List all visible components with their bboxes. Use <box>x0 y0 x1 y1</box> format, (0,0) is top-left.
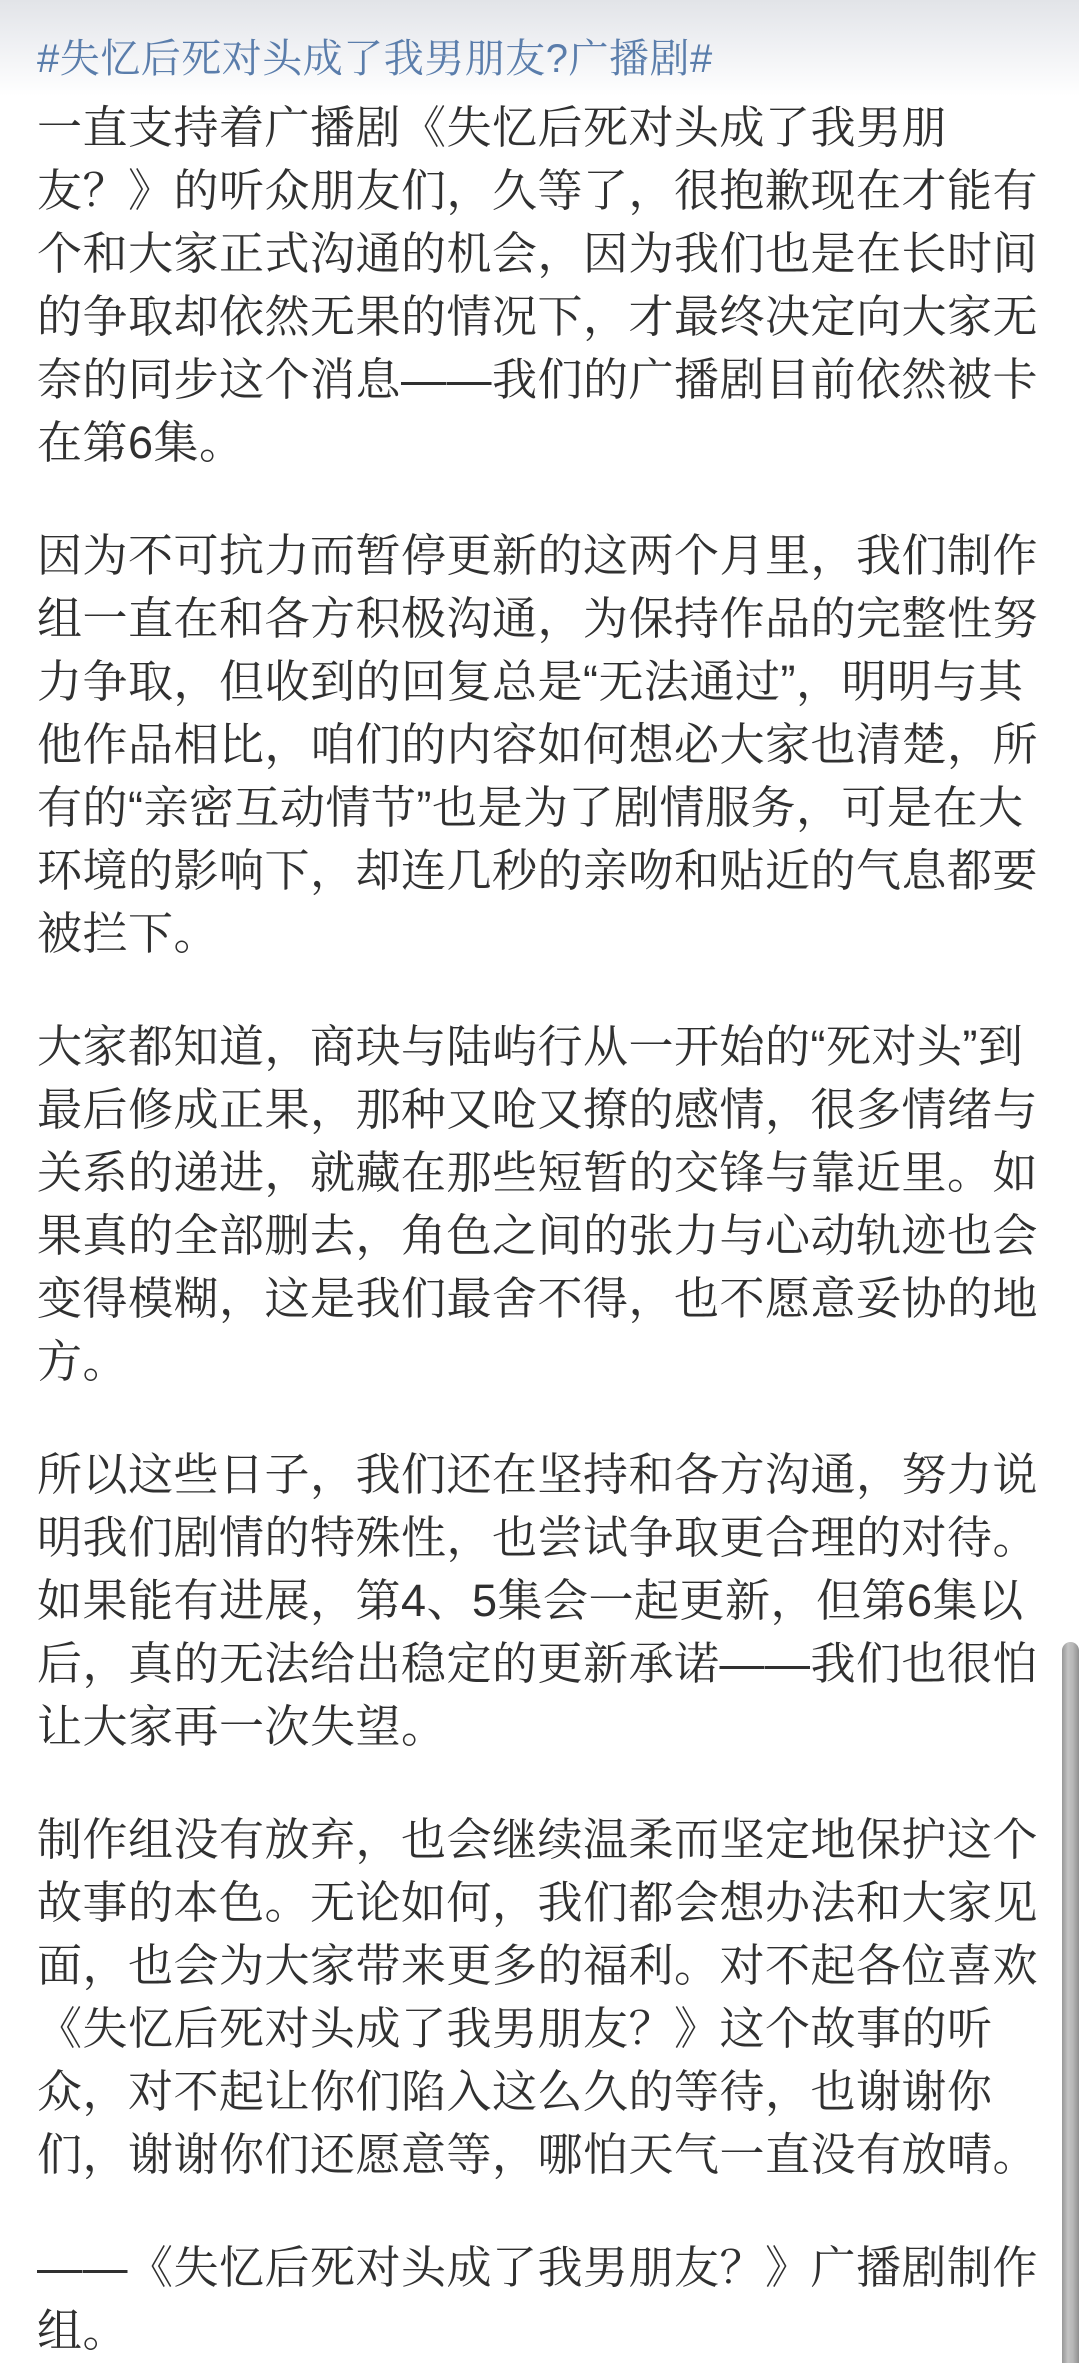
post-text-line: 最后修成正果，那种又呛又撩的感情，很多情绪与 <box>37 1078 1049 1141</box>
post-paragraph: 因为不可抗力而暂停更新的这两个月里，我们制作组一直在和各方积极沟通，为保持作品的… <box>37 524 1049 965</box>
post-text-line: 被拦下。 <box>37 902 1049 965</box>
post-text-line: 制作组没有放弃，也会继续温柔而坚定地保护这个 <box>37 1808 1049 1871</box>
post-text-line: 关系的递进，就藏在那些短暂的交锋与靠近里。如 <box>37 1141 1049 1204</box>
post-text-line: 故事的本色。无论如何，我们都会想办法和大家见 <box>37 1871 1049 1934</box>
post-text-line: 们，谢谢你们还愿意等，哪怕天气一直没有放晴。 <box>37 2123 1049 2186</box>
post-body: 一直支持着广播剧《失忆后死对头成了我男朋友？》的听众朋友们，久等了，很抱歉现在才… <box>37 96 1049 2362</box>
post-text-line: 友？》的听众朋友们，久等了，很抱歉现在才能有 <box>37 159 1049 222</box>
post-text-line: 力争取，但收到的回复总是“无法通过”，明明与其 <box>37 650 1049 713</box>
post-text-line: 组。 <box>37 2299 1049 2362</box>
post-text-line: 果真的全部删去，角色之间的张力与心动轨迹也会 <box>37 1204 1049 1267</box>
post-text-line: 面，也会为大家带来更多的福利。对不起各位喜欢 <box>37 1934 1049 1997</box>
post-text-line: 在第6集。 <box>37 411 1049 474</box>
post-text-line: 如果能有进展，第4、5集会一起更新，但第6集以 <box>37 1569 1049 1632</box>
post-text-line: 方。 <box>37 1330 1049 1393</box>
post-page: #失忆后死对头成了我男朋友?广播剧# 一直支持着广播剧《失忆后死对头成了我男朋友… <box>0 0 1079 2362</box>
post-paragraph: 制作组没有放弃，也会继续温柔而坚定地保护这个故事的本色。无论如何，我们都会想办法… <box>37 1808 1049 2186</box>
post-text-line: 明我们剧情的特殊性，也尝试争取更合理的对待。 <box>37 1506 1049 1569</box>
post-paragraph: 大家都知道，商玦与陆屿行从一开始的“死对头”到最后修成正果，那种又呛又撩的感情，… <box>37 1015 1049 1393</box>
post-text-line: 后，真的无法给出稳定的更新承诺——我们也很怕 <box>37 1632 1049 1695</box>
post-text-line: 奈的同步这个消息——我们的广播剧目前依然被卡 <box>37 348 1049 411</box>
hashtag-topic-link[interactable]: #失忆后死对头成了我男朋友?广播剧# <box>37 36 1049 82</box>
post-text-line: 大家都知道，商玦与陆屿行从一开始的“死对头”到 <box>37 1015 1049 1078</box>
post-text-line: 因为不可抗力而暂停更新的这两个月里，我们制作 <box>37 524 1049 587</box>
scrollbar-thumb[interactable] <box>1062 1642 1079 2363</box>
post-text-line: 环境的影响下，却连几秒的亲吻和贴近的气息都要 <box>37 839 1049 902</box>
post-text-line: 让大家再一次失望。 <box>37 1695 1049 1758</box>
post-paragraph: 所以这些日子，我们还在坚持和各方沟通，努力说明我们剧情的特殊性，也尝试争取更合理… <box>37 1443 1049 1758</box>
post-text-line: 他作品相比，咱们的内容如何想必大家也清楚，所 <box>37 713 1049 776</box>
post-text-line: ——《失忆后死对头成了我男朋友？》广播剧制作 <box>37 2236 1049 2299</box>
post-text-line: 有的“亲密互动情节”也是为了剧情服务，可是在大 <box>37 776 1049 839</box>
post-text-line: 组一直在和各方积极沟通，为保持作品的完整性努 <box>37 587 1049 650</box>
post-paragraph: ——《失忆后死对头成了我男朋友？》广播剧制作组。 <box>37 2236 1049 2362</box>
post-text-line: 个和大家正式沟通的机会，因为我们也是在长时间 <box>37 222 1049 285</box>
post-text-line: 所以这些日子，我们还在坚持和各方沟通，努力说 <box>37 1443 1049 1506</box>
post-text-line: 的争取却依然无果的情况下，才最终决定向大家无 <box>37 285 1049 348</box>
post-text-line: 一直支持着广播剧《失忆后死对头成了我男朋 <box>37 96 1049 159</box>
post-text-line: 众，对不起让你们陷入这么久的等待，也谢谢你 <box>37 2060 1049 2123</box>
post-paragraph: 一直支持着广播剧《失忆后死对头成了我男朋友？》的听众朋友们，久等了，很抱歉现在才… <box>37 96 1049 474</box>
post-text-line: 《失忆后死对头成了我男朋友？》这个故事的听 <box>37 1997 1049 2060</box>
post-text-line: 变得模糊，这是我们最舍不得，也不愿意妥协的地 <box>37 1267 1049 1330</box>
